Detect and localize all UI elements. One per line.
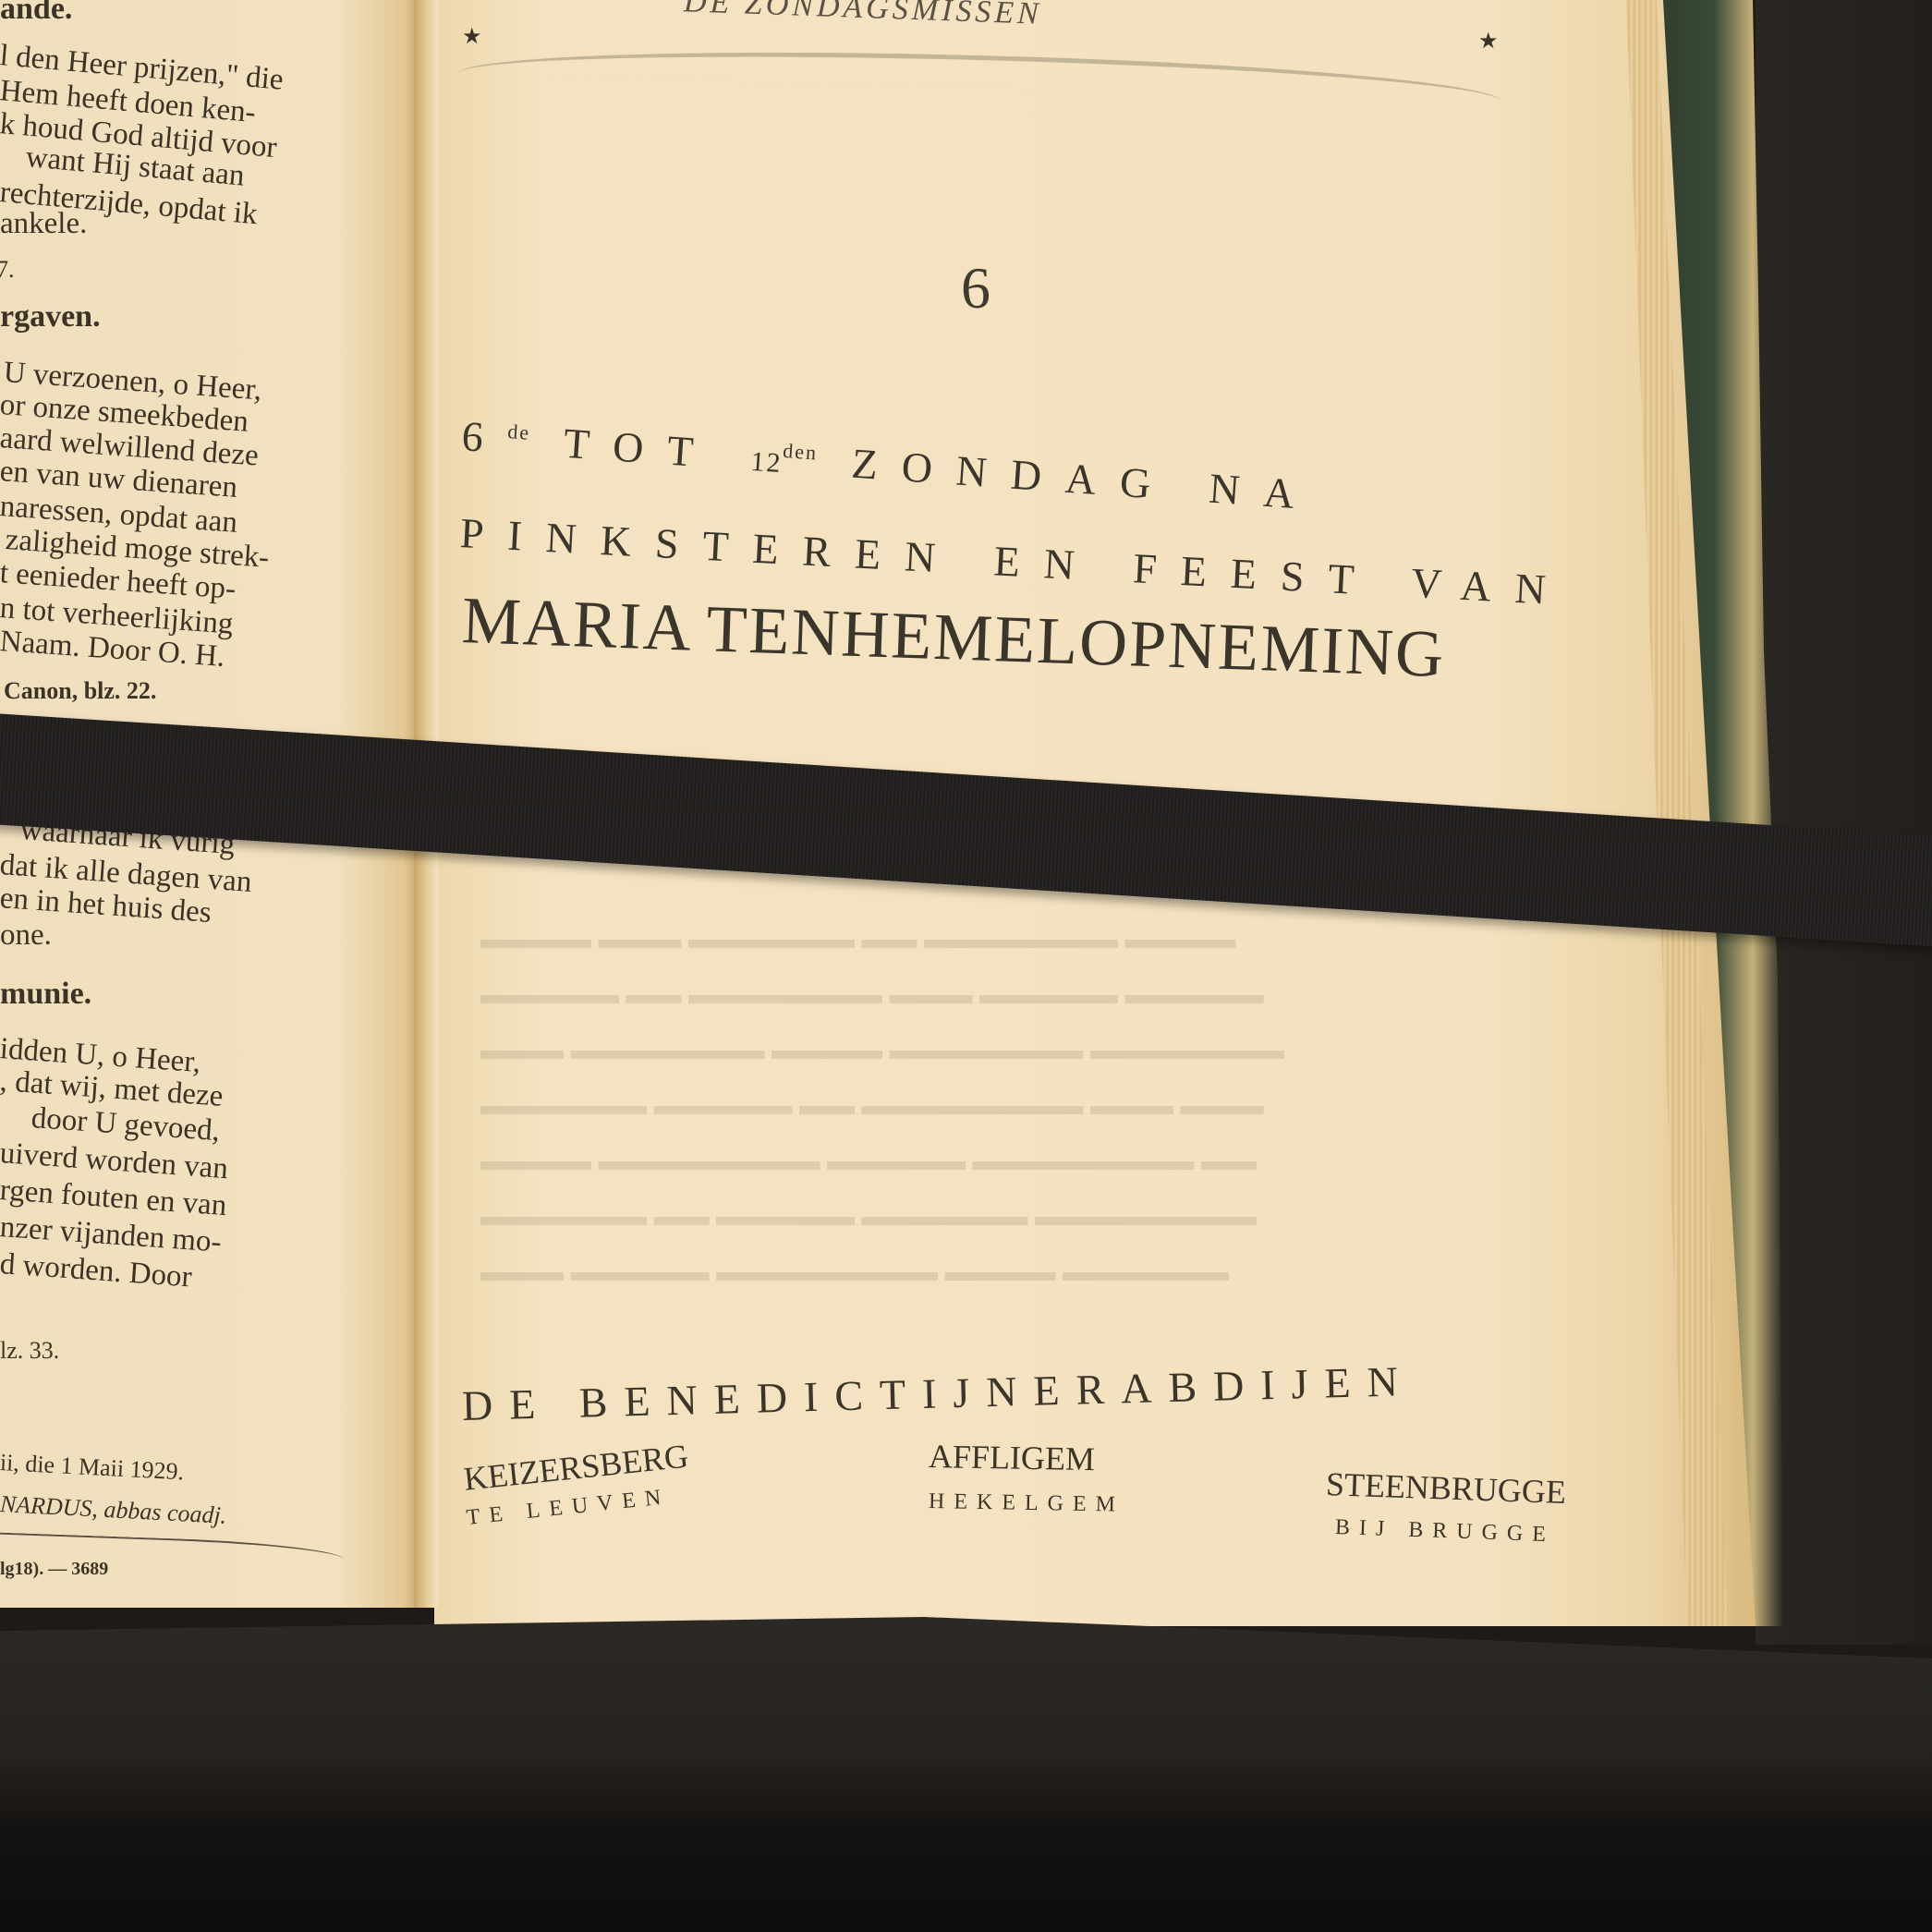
left-line: 7.: [0, 253, 15, 286]
dark-background: [1756, 0, 1932, 1645]
left-line: Canon, blz. 22.: [4, 674, 156, 708]
ordinal-start: 6: [460, 412, 508, 462]
bleed-through-text: ▬▬▬▬ ▬▬▬ ▬▬▬▬▬▬ ▬▬ ▬▬▬▬▬▬▬ ▬▬▬▬: [480, 924, 1236, 955]
bleed-through-text: ▬▬▬▬▬▬ ▬▬▬▬▬ ▬▬ ▬▬▬▬▬▬▬▬ ▬▬▬ ▬▬▬: [480, 1090, 1264, 1122]
star-ornament-icon: ★: [1478, 28, 1499, 55]
chapter-number: 6: [961, 254, 990, 322]
abbey-location: HEKELGEM: [929, 1489, 1124, 1518]
printer-line: lg18). — 3689: [0, 1552, 108, 1586]
left-line: ankele.: [0, 207, 87, 240]
left-heading: ande.: [0, 0, 72, 26]
bleed-through-text: ▬▬▬▬▬ ▬▬ ▬▬▬▬▬▬▬ ▬▬▬ ▬▬▬▬▬ ▬▬▬▬▬: [480, 979, 1264, 1011]
bleed-through-text: ▬▬▬ ▬▬▬▬▬▬▬ ▬▬▬▬ ▬▬▬▬▬▬▬ ▬▬▬▬▬▬▬: [480, 1035, 1284, 1066]
bleed-through-text: ▬▬▬▬▬▬ ▬▬ ▬▬▬▬▬ ▬▬▬▬▬▬ ▬▬▬▬▬▬▬▬: [480, 1201, 1257, 1233]
left-line: lz. 33.: [0, 1334, 59, 1367]
bleed-through-text: ▬▬▬ ▬▬▬▬▬ ▬▬▬▬▬▬▬▬ ▬▬▬▬ ▬▬▬▬▬▬: [480, 1257, 1229, 1288]
bleed-through-text: ▬▬▬▬ ▬▬▬▬▬▬▬▬ ▬▬▬▬▬ ▬▬▬▬▬▬▬▬ ▬▬: [480, 1146, 1257, 1177]
abbey-name: AFFLIGEM: [929, 1437, 1096, 1478]
dark-base-surface: [0, 1603, 1932, 1932]
left-line: one.: [0, 918, 52, 952]
ordinal-end: 12: [749, 446, 783, 479]
left-heading: rgaven.: [0, 300, 101, 334]
star-ornament-icon: ★: [462, 23, 482, 50]
left-heading: munie.: [0, 978, 91, 1011]
